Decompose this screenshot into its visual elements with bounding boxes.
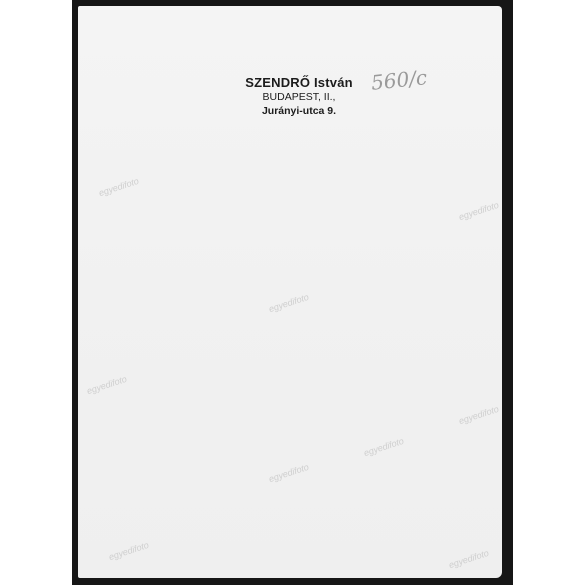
watermark: egyedifoto [447, 548, 490, 570]
watermark: egyedifoto [362, 436, 405, 458]
watermark: egyedifoto [457, 404, 500, 426]
watermark: egyedifoto [267, 462, 310, 484]
watermark: egyedifoto [457, 200, 500, 222]
stamp-name: SZENDRŐ István [214, 76, 384, 90]
watermark: egyedifoto [85, 374, 128, 396]
handwritten-number: 560/c [370, 65, 428, 95]
watermark: egyedifoto [107, 540, 150, 562]
stamp-street: Jurányi-utca 9. [214, 104, 384, 118]
watermark: egyedifoto [97, 176, 140, 198]
photo-border: SZENDRŐ István BUDAPEST, II., Jurányi-ut… [72, 0, 513, 585]
photo-back: SZENDRŐ István BUDAPEST, II., Jurányi-ut… [78, 6, 502, 578]
stamp-city: BUDAPEST, II., [214, 90, 384, 104]
watermark: egyedifoto [267, 292, 310, 314]
photographer-stamp: SZENDRŐ István BUDAPEST, II., Jurányi-ut… [214, 76, 384, 118]
